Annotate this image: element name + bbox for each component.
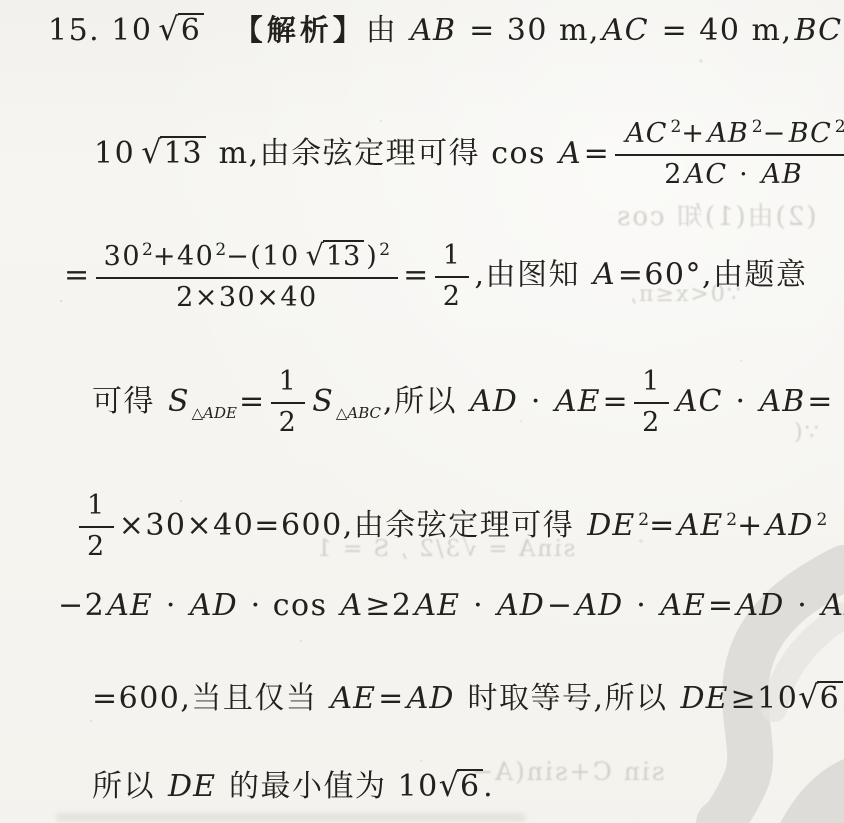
subscript: △ADE — [192, 404, 237, 422]
text-run: − — [547, 588, 574, 623]
text-run: · — [520, 384, 553, 419]
math-var: AC — [685, 159, 727, 190]
text-run: · — [462, 588, 495, 623]
text-run: 所以 — [92, 769, 166, 804]
exponent: 2 — [752, 117, 763, 137]
text-run: 可得 — [92, 384, 166, 419]
text-run: 15. 10 — [48, 13, 152, 48]
text-run: ≥10 — [730, 681, 798, 716]
exponent: 2 — [816, 510, 827, 530]
radical-sign-icon: √ — [798, 679, 818, 716]
radical-sign-icon: √ — [158, 11, 178, 48]
exponent: 2 — [638, 510, 649, 530]
fraction: 12 — [435, 240, 470, 314]
denominator: 2AC · AB — [664, 156, 804, 191]
text-run: 2 — [443, 281, 462, 312]
numerator: 1 — [634, 366, 669, 404]
exponent: 2 — [142, 240, 153, 260]
math-var: AE — [660, 588, 706, 623]
math-var: AD — [470, 384, 518, 419]
text-run: =60°,由题意 — [618, 257, 808, 292]
radical-sign-icon: √ — [306, 238, 324, 272]
denominator: 2 — [443, 278, 462, 313]
exponent: 2 — [215, 240, 226, 260]
numerator: 1 — [79, 490, 114, 528]
text-run: −(10 — [226, 241, 300, 272]
text-run: 时取等号,所以 — [456, 681, 678, 716]
sqrt-radical: √6 — [439, 769, 483, 804]
text-run: ,由图知 — [474, 257, 591, 292]
text-run: =600,当且仅当 — [92, 681, 328, 716]
text-run: · — [786, 588, 819, 623]
math-var: AD — [407, 681, 455, 716]
denominator: 2 — [279, 404, 298, 439]
radical-sign-icon: √ — [141, 134, 161, 171]
text-run: ,所以 — [383, 384, 468, 419]
solution-line: 15. 10√6【解析】由 AB = 30 m,AC = 40 m,BC = — [48, 10, 844, 51]
radicand: 6 — [178, 13, 204, 47]
text-run: 1 — [87, 490, 106, 521]
math-var: AE — [678, 508, 724, 543]
solution-line: 12×30×40=600,由余弦定理可得 DE2=AE2+AD2 — [74, 490, 827, 564]
text-run: = — [403, 257, 430, 292]
math-var: DE — [168, 769, 216, 804]
math-var: BC — [789, 118, 832, 149]
text-run: = — [708, 588, 735, 623]
text-run: = — [64, 257, 91, 292]
radicand: 13 — [323, 240, 364, 271]
text-run: 2 — [279, 407, 298, 438]
solution-line: 可得 S△ADE=12S△ABC,所以 AD · AE=12AC · AB= — [92, 366, 834, 440]
text-run: ≥2 — [365, 588, 412, 623]
math-var: AE — [555, 384, 601, 419]
text-run: −2 — [58, 588, 105, 623]
text-run: 的最小值为 10 — [218, 769, 439, 804]
paper-noise — [60, 300, 62, 302]
text-run: = — [378, 681, 405, 716]
fraction: 12 — [271, 366, 306, 440]
text-run: · — [729, 159, 759, 190]
math-var: S — [312, 384, 334, 419]
solution-line: =302+402−(10√13)22×30×40=12,由图知 A=60°,由题… — [64, 238, 808, 315]
text-run: ) — [366, 241, 378, 272]
math-var: AD — [190, 588, 238, 623]
text-run: 10 — [94, 136, 135, 171]
text-run: · cos — [240, 588, 339, 623]
text-run: + — [681, 118, 705, 149]
text-run: 2 — [664, 159, 683, 190]
math-var: AE — [414, 588, 460, 623]
math-var: A — [593, 257, 616, 292]
math-var: BC — [795, 13, 843, 48]
fraction: 12 — [79, 490, 114, 564]
text-run: · — [155, 588, 188, 623]
radicand: 13 — [160, 136, 205, 170]
math-var: AC — [676, 384, 723, 419]
numerator: AC2+AB2−BC2 — [615, 118, 844, 156]
text-run: + — [737, 508, 764, 543]
solution-line: −2AE · AD · cos A≥2AE · AD−AD · AE=AD · … — [58, 586, 844, 626]
text-run: ×30×40=600,由余弦定理可得 — [119, 508, 586, 543]
radicand: 6 — [457, 769, 483, 803]
text-run: 2×30×40 — [176, 282, 318, 313]
text-run: − — [763, 118, 787, 149]
math-var: AD — [497, 588, 545, 623]
exponent: 2 — [379, 240, 390, 260]
math-var: AE — [330, 681, 376, 716]
math-var: AB — [760, 384, 806, 419]
math-var: A — [341, 588, 364, 623]
sqrt-radical: √13 — [306, 241, 365, 272]
text-run: 2 — [642, 407, 661, 438]
solution-line: 10√13 m,由余弦定理可得 cos A=AC2+AB2−BC22AC · A… — [94, 118, 844, 192]
text-run: 30 — [104, 241, 141, 272]
math-var: AD — [737, 588, 785, 623]
text-run: = — [649, 508, 676, 543]
exponent: 2 — [835, 117, 844, 137]
fraction: 302+402−(10√13)22×30×40 — [96, 238, 398, 315]
text-run: = — [239, 384, 266, 419]
math-var: AB — [707, 118, 748, 149]
text-run: . — [483, 769, 494, 804]
solution-line: =600,当且仅当 AE=AD 时取等号,所以 DE≥10√6, — [92, 678, 844, 719]
math-var: AB — [410, 13, 456, 48]
scan-smudge — [56, 813, 526, 822]
math-var: AD — [576, 588, 624, 623]
exponent: 2 — [726, 510, 737, 530]
math-var: S — [168, 384, 190, 419]
text-run: 1 — [642, 366, 661, 397]
text-run: = 30 m, — [458, 13, 600, 48]
numerator: 1 — [271, 366, 306, 404]
math-var: AE — [107, 588, 153, 623]
text-run: = — [584, 136, 611, 171]
numerator: 302+402−(10√13)2 — [96, 238, 398, 279]
math-var: AD — [766, 508, 814, 543]
text-run: · — [724, 384, 757, 419]
text-run: = 40 m, — [651, 13, 793, 48]
radicand: 6 — [817, 681, 843, 715]
radical-sign-icon: √ — [439, 767, 459, 804]
text-run: 1 — [279, 366, 298, 397]
math-var: DE — [681, 681, 729, 716]
solution-line: 所以 DE 的最小值为 10√6. — [92, 766, 494, 807]
fraction: AC2+AB2−BC22AC · AB — [615, 118, 844, 192]
denominator: 2×30×40 — [176, 279, 318, 314]
denominator: 2 — [642, 404, 661, 439]
sqrt-radical: √13 — [141, 136, 205, 171]
text-run: 2 — [87, 531, 106, 562]
text-run: = — [807, 384, 834, 419]
math-var: A — [559, 136, 582, 171]
math-var: AC — [625, 118, 667, 149]
analysis-tag: 【解析】 — [234, 13, 366, 47]
math-var: AB — [761, 159, 802, 190]
numerator: 1 — [435, 240, 470, 278]
subscript: △ABC — [336, 404, 381, 422]
math-var: DE — [587, 508, 635, 543]
denominator: 2 — [87, 528, 106, 563]
text-run: m,由余弦定理可得 cos — [208, 136, 557, 171]
text-run: +40 — [153, 241, 214, 272]
text-run: · — [625, 588, 658, 623]
bleed-through-text: (2)由(1)知 cos — [615, 196, 816, 233]
sqrt-radical: √6 — [798, 681, 842, 716]
sqrt-radical: √6 — [158, 13, 203, 48]
exponent: 2 — [670, 117, 681, 137]
text-run: = — [603, 384, 630, 419]
scanned-solution-page: (2)由(1)知 cos∵0<x≤π,∵(sinA = √3/2 , S = 1… — [0, 0, 844, 823]
text-run: 由 — [366, 13, 409, 48]
text-run: 1 — [443, 240, 462, 271]
fraction: 12 — [634, 366, 669, 440]
math-var: AC — [602, 13, 649, 48]
math-var: AE — [821, 588, 844, 623]
bleed-through-text: sin C+sin(A− — [470, 757, 665, 786]
